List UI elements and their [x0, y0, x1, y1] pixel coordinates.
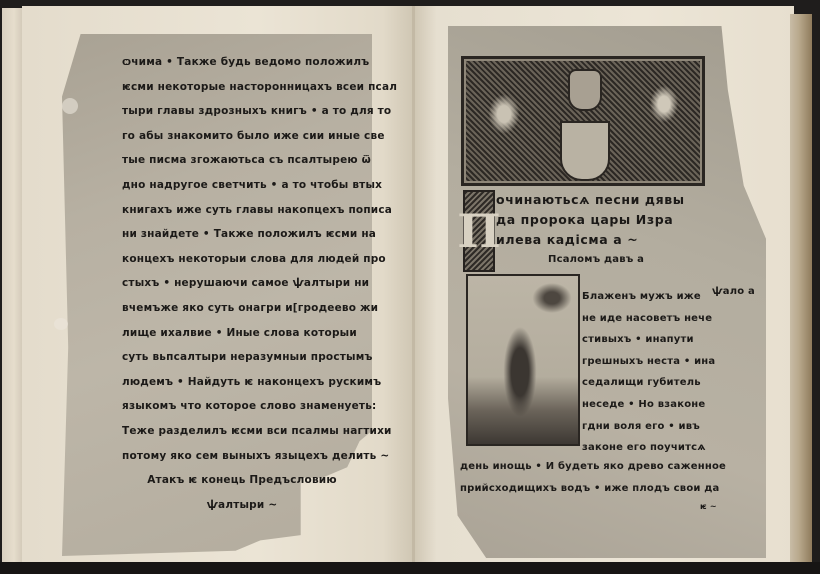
psalter-title: очинаютьсѧ песни дявы да пророка цары Из…	[496, 190, 685, 250]
paper-hole	[54, 318, 68, 330]
background-bottom	[0, 562, 820, 574]
text-line: го абы знакомито было иже сии иные све	[122, 124, 397, 149]
open-book: ѻчима • Такжe будь ведомо положилъ ѥсми …	[0, 0, 820, 574]
text-line: Блаженъ мужъ иже	[582, 286, 715, 308]
psalm-text: Блаженъ мужъ иже не иде насоветъ нече ст…	[582, 286, 715, 459]
page-stack-right	[790, 14, 812, 562]
title-line: илева кадісма а ~	[496, 230, 685, 250]
title-line: да пророка цары Изра	[496, 210, 685, 230]
text-line: неседе • Но взаконе	[582, 394, 715, 416]
text-line: суть вьпсалтыри неразумныи простымъ	[122, 345, 397, 370]
psalm-heading: Псаломъ давъ а	[548, 254, 644, 265]
text-line: концехъ некоторыи слова для людей про	[122, 247, 397, 272]
text-line: гдни воля его • ивъ	[582, 416, 715, 438]
text-line: грешныхъ неста • ина	[582, 351, 715, 373]
text-line: ѻчима • Такжe будь ведомо положилъ	[122, 50, 397, 75]
paper-hole	[62, 98, 78, 114]
text-line: ѥсми некоторые насторонницахъ всеи псал	[122, 75, 397, 100]
headpiece-woodcut	[461, 56, 705, 186]
title-line: очинаютьсѧ песни дявы	[496, 190, 685, 210]
decorated-initial: П	[463, 190, 495, 272]
book-gutter	[412, 6, 415, 566]
text-line: не иде насоветъ нече	[582, 308, 715, 330]
text-line: людемъ • Найдуть ѥ наконцехъ рускимъ	[122, 370, 397, 395]
david-woodcut-illustration	[466, 274, 580, 446]
closing-line: Атакъ ѥ конець Предъсловию	[122, 468, 362, 493]
text-line: языкомъ что которое слово знаменуеть:	[122, 394, 397, 419]
text-line: тыри главы здрозныхъ книгъ • а то для то	[122, 99, 397, 124]
text-line: прийсходищихъ водъ • иже плодъ свои да	[460, 478, 726, 500]
text-line: потому яко сем выныхъ языцехъ делить ~	[122, 444, 397, 469]
text-line: седалищи губитель	[582, 372, 715, 394]
text-line: лище ихалвие • Иные слова которыи	[122, 321, 397, 346]
text-line: стивыхъ • инапути	[582, 329, 715, 351]
text-line: книгахъ иже суть главы накопцехъ пописа	[122, 198, 397, 223]
marginal-note: ѱало а	[712, 286, 755, 297]
text-line: тые писма згожаютьса съ псалтырею ѿ	[122, 148, 397, 173]
text-line: ни знайдете • Также положилъ ѥсми на	[122, 222, 397, 247]
text-line: стыхъ • нерушаючи самое ѱалтыри ни	[122, 271, 397, 296]
closing-line: ѱалтыри ~	[122, 493, 362, 518]
catchword: ѥ ~	[460, 500, 726, 514]
vase-ornament	[568, 69, 602, 111]
text-line: день инощь • И будеть яко древо саженное	[460, 456, 726, 478]
psalm-text-bottom: день инощь • И будеть яко древо саженное…	[460, 456, 726, 514]
text-line: Теже разделилъ ѥсми вси псалмы нагтихи	[122, 419, 397, 444]
text-line: вчемъже яко суть онагри и[гродеево жи	[122, 296, 397, 321]
left-page-text: ѻчима • Такжe будь ведомо положилъ ѥсми …	[122, 50, 397, 517]
text-line: дно надругое светчить • а то чтобы втых	[122, 173, 397, 198]
shield-ornament	[560, 121, 610, 181]
initial-letter: П	[465, 192, 493, 270]
